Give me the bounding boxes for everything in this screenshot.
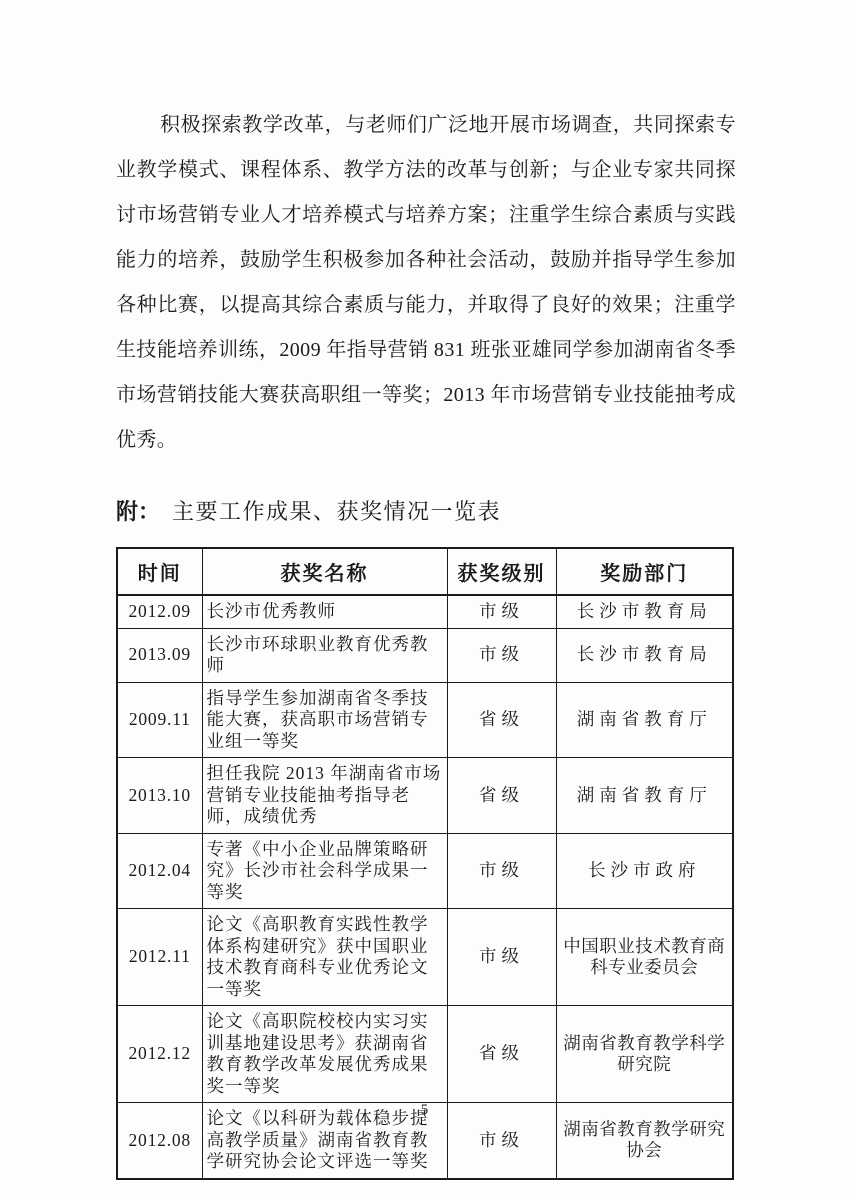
- table-row: 2012.04专著《中小企业品牌策略研究》长沙市社会科学成果一等奖市级长沙市政府: [117, 833, 733, 909]
- cell-time: 2009.11: [117, 682, 202, 758]
- table-row: 2012.11论文《高职教育实践性教学体系构建研究》获中国职业技术教育商科专业优…: [117, 909, 733, 1006]
- cell-level: 市级: [447, 595, 556, 628]
- cell-name: 论文《高职教育实践性教学体系构建研究》获中国职业技术教育商科专业优秀论文一等奖: [202, 909, 447, 1006]
- attachment-heading-prefix: 附：: [116, 499, 160, 524]
- cell-department: 湖南省教育厅: [556, 758, 733, 834]
- document-page: 积极探索教学改革，与老师们广泛地开展市场调查，共同探索专业教学模式、课程体系、教…: [0, 0, 849, 1200]
- column-header-level: 获奖级别: [447, 548, 556, 595]
- awards-table: 时间获奖名称获奖级别奖励部门 2012.09长沙市优秀教师市级长沙市教育局201…: [116, 547, 734, 1180]
- cell-name: 指导学生参加湖南省冬季技能大赛，获高职市场营销专业组一等奖: [202, 682, 447, 758]
- cell-level: 省级: [447, 682, 556, 758]
- cell-name: 长沙市优秀教师: [202, 595, 447, 628]
- cell-level: 省级: [447, 1006, 556, 1103]
- cell-level: 市级: [447, 909, 556, 1006]
- cell-department: 长沙市教育局: [556, 628, 733, 682]
- cell-department: 湖南省教育教学科学研究院: [556, 1006, 733, 1103]
- cell-level: 省级: [447, 758, 556, 834]
- table-row: 2013.09长沙市环球职业教育优秀教师市级长沙市教育局: [117, 628, 733, 682]
- column-header-department: 奖励部门: [556, 548, 733, 595]
- awards-table-body: 2012.09长沙市优秀教师市级长沙市教育局2013.09长沙市环球职业教育优秀…: [117, 595, 733, 1179]
- cell-name: 担任我院 2013 年湖南省市场营销专业技能抽考指导老师，成绩优秀: [202, 758, 447, 834]
- awards-table-header-row: 时间获奖名称获奖级别奖励部门: [117, 548, 733, 595]
- cell-name: 专著《中小企业品牌策略研究》长沙市社会科学成果一等奖: [202, 833, 447, 909]
- cell-time: 2012.04: [117, 833, 202, 909]
- cell-time: 2013.09: [117, 628, 202, 682]
- cell-department: 湖南省教育厅: [556, 682, 733, 758]
- table-row: 2013.10担任我院 2013 年湖南省市场营销专业技能抽考指导老师，成绩优秀…: [117, 758, 733, 834]
- cell-department: 中国职业技术教育商科专业委员会: [556, 909, 733, 1006]
- table-row: 2009.11指导学生参加湖南省冬季技能大赛，获高职市场营销专业组一等奖省级湖南…: [117, 682, 733, 758]
- cell-department: 长沙市政府: [556, 833, 733, 909]
- cell-time: 2013.10: [117, 758, 202, 834]
- column-header-name: 获奖名称: [202, 548, 447, 595]
- page-number: 5: [0, 1102, 849, 1119]
- attachment-heading-title: 主要工作成果、获奖情况一览表: [172, 499, 501, 524]
- table-row: 2012.12论文《高职院校校内实习实训基地建设思考》获湖南省教育教学改革发展优…: [117, 1006, 733, 1103]
- page-content: 积极探索教学改革，与老师们广泛地开展市场调查，共同探索专业教学模式、课程体系、教…: [116, 103, 736, 1180]
- cell-time: 2012.09: [117, 595, 202, 628]
- cell-name: 长沙市环球职业教育优秀教师: [202, 628, 447, 682]
- body-paragraph: 积极探索教学改革，与老师们广泛地开展市场调查，共同探索专业教学模式、课程体系、教…: [116, 103, 736, 463]
- attachment-heading: 附：主要工作成果、获奖情况一览表: [116, 497, 736, 527]
- cell-time: 2012.11: [117, 909, 202, 1006]
- cell-department: 长沙市教育局: [556, 595, 733, 628]
- cell-level: 市级: [447, 833, 556, 909]
- cell-level: 市级: [447, 628, 556, 682]
- column-header-time: 时间: [117, 548, 202, 595]
- table-row: 2012.09长沙市优秀教师市级长沙市教育局: [117, 595, 733, 628]
- cell-name: 论文《高职院校校内实习实训基地建设思考》获湖南省教育教学改革发展优秀成果奖一等奖: [202, 1006, 447, 1103]
- cell-time: 2012.12: [117, 1006, 202, 1103]
